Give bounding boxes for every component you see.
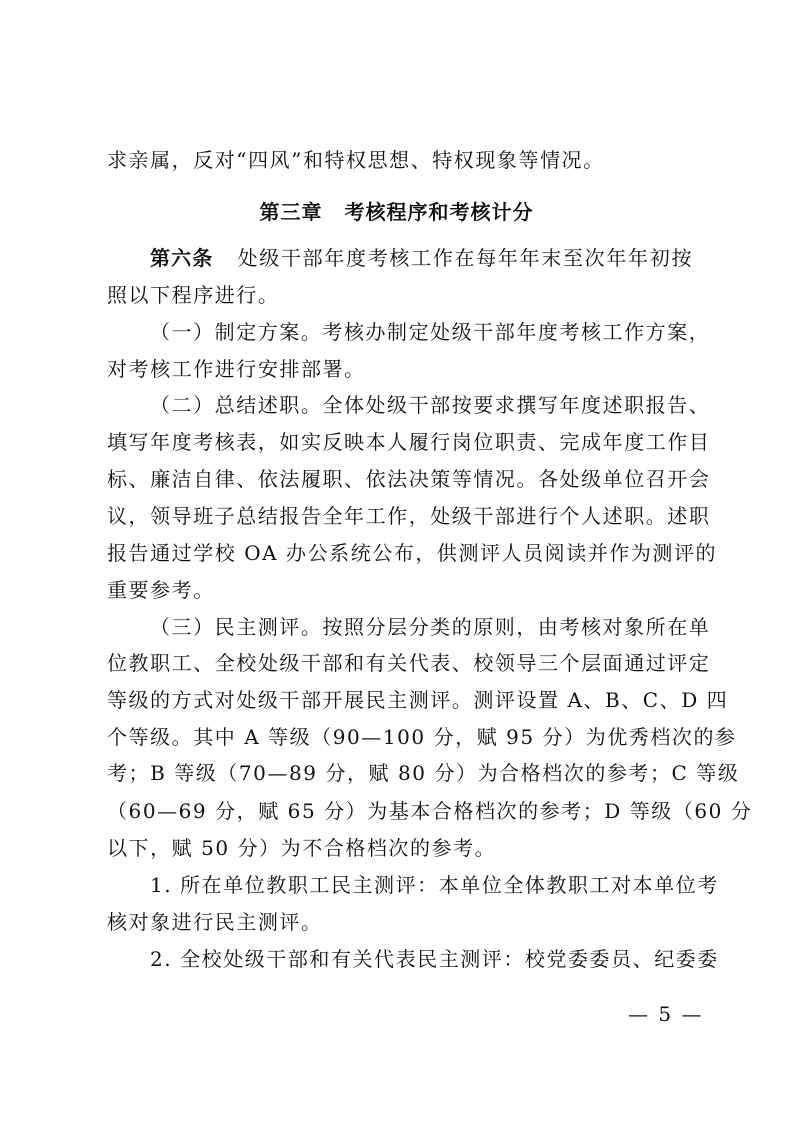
paragraph-line: 位教职工、全校处级干部和有关代表、校领导三个层面通过评定 [107,649,693,677]
article-six-line: 第六条处级干部年度考核工作在每年年末至次年年初按 [150,244,693,272]
chapter-heading: 第三章考核程序和考核计分 [0,198,793,226]
paragraph-line: （60—69 分，赋 65 分）为基本合格档次的参考；D 等级（60 分 [107,797,693,825]
paragraph-line: （二）总结述职。全体处级干部按要求撰写年度述职报告、 [150,391,693,419]
paragraph-line: 2. 全校处级干部和有关代表民主测评：校党委委员、纪委委 [150,945,693,973]
paragraph-line: 报告通过学校 OA 办公系统公布，供测评人员阅读并作为测评的 [107,539,693,567]
article-text: 处级干部年度考核工作在每年年末至次年年初按 [237,246,693,270]
chapter-title: 考核程序和考核计分 [345,200,534,224]
paragraph-line: 核对象进行民主测评。 [107,908,693,936]
paragraph-line: 重要参考。 [107,576,693,604]
paragraph-line: 等级的方式对处级干部开展民主测评。测评设置 A、B、C、D 四 [107,686,693,714]
paragraph-line: （三）民主测评。按照分层分类的原则，由考核对象所在单 [150,613,693,641]
paragraph-line: 对考核工作进行安排部署。 [107,355,693,383]
paragraph-line: 个等级。其中 A 等级（90—100 分，赋 95 分）为优秀档次的参 [107,723,693,751]
paragraph-line: 填写年度考核表，如实反映本人履行岗位职责、完成年度工作目 [107,428,693,456]
page-number: — 5 — [628,1000,703,1028]
article-label: 第六条 [150,246,213,270]
paragraph-line: 议，领导班子总结报告全年工作，处级干部进行个人述职。述职 [107,502,693,530]
chapter-number: 第三章 [260,200,323,224]
document-page: 求亲属，反对“四风”和特权思想、特权现象等情况。 第三章考核程序和考核计分 第六… [0,0,793,1122]
paragraph-line: 标、廉洁自律、依法履职、依法决策等情况。各处级单位召开会 [107,465,693,493]
paragraph-line: 考；B 等级（70—89 分，赋 80 分）为合格档次的参考；C 等级 [107,759,693,787]
paragraph-line: 1. 所在单位教职工民主测评：本单位全体教职工对本单位考 [150,871,693,899]
paragraph-line: （一）制定方案。考核办制定处级干部年度考核工作方案， [150,318,693,346]
paragraph-line: 照以下程序进行。 [107,281,693,309]
paragraph-line: 以下，赋 50 分）为不合格档次的参考。 [107,834,693,862]
paragraph-line: 求亲属，反对“四风”和特权思想、特权现象等情况。 [107,146,693,174]
